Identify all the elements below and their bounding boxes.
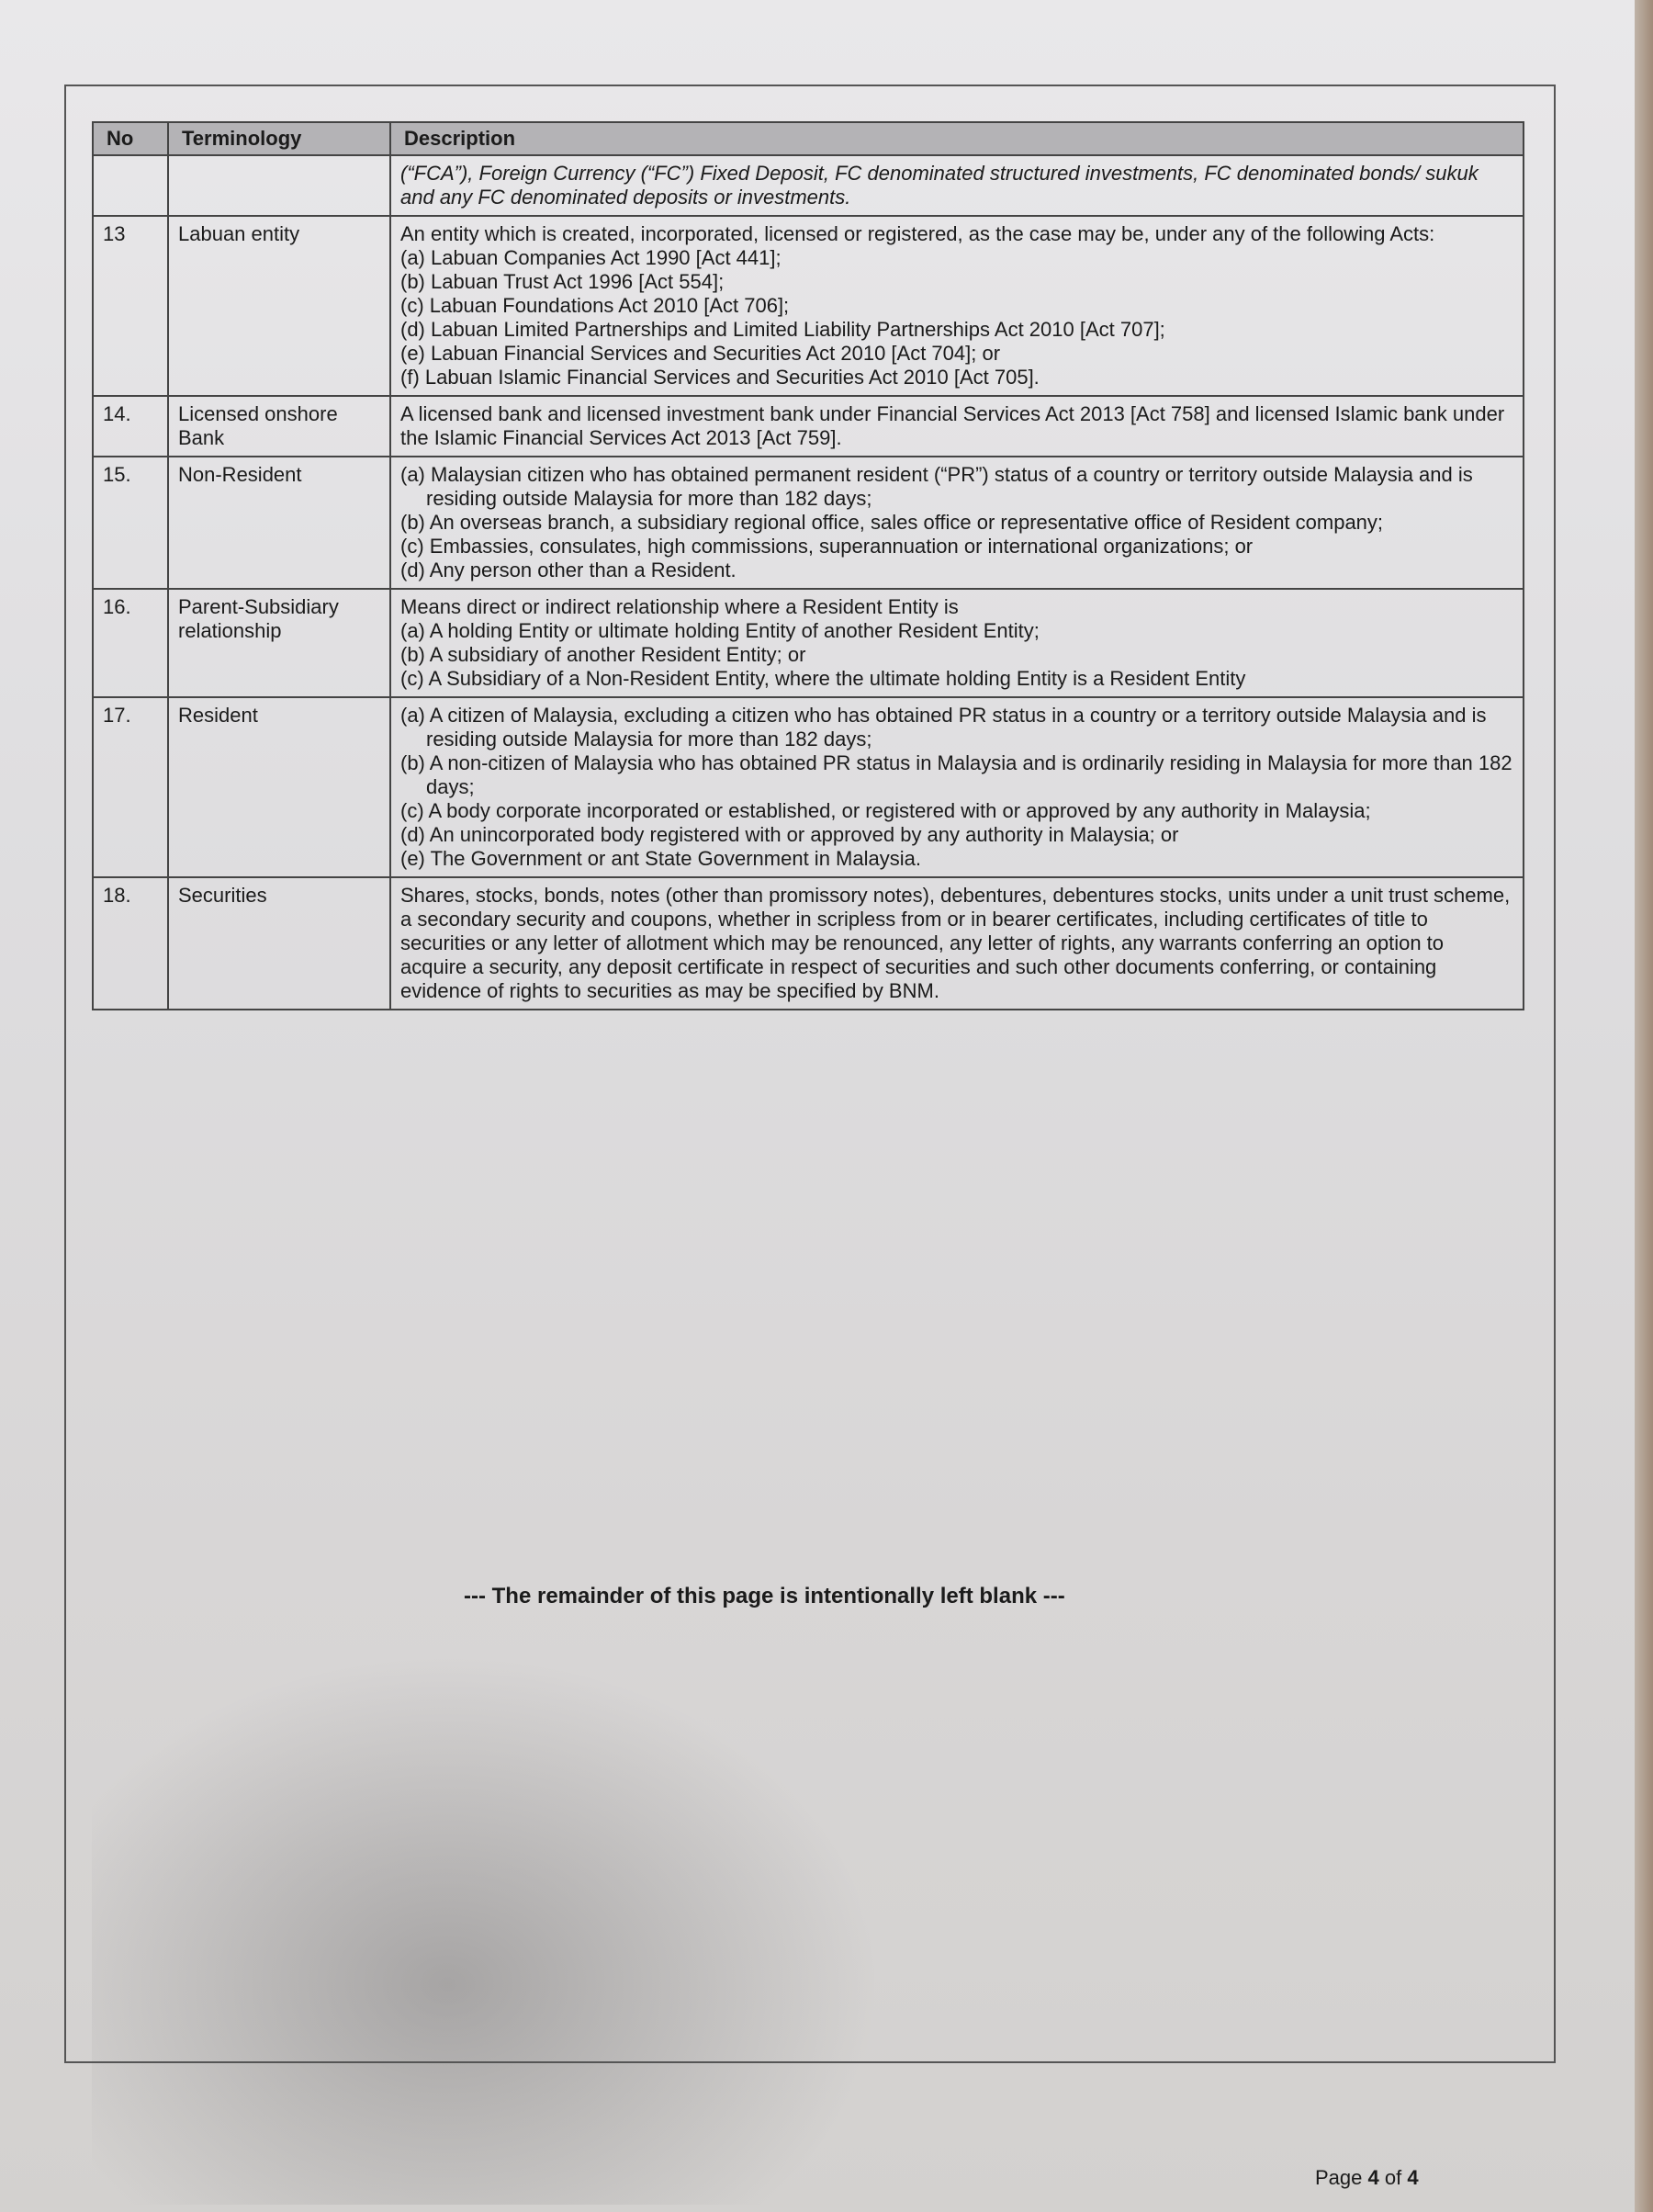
table-row: 15.Non-Resident(a) Malaysian citizen who…: [93, 457, 1524, 589]
description-item: (a) Labuan Companies Act 1990 [Act 441];: [400, 246, 1513, 270]
cell-no: 17.: [93, 697, 168, 877]
description-item: (a) A citizen of Malaysia, excluding a c…: [400, 704, 1513, 751]
description-item: (c) Labuan Foundations Act 2010 [Act 706…: [400, 294, 1513, 318]
description-item: (b) An overseas branch, a subsidiary reg…: [400, 511, 1513, 535]
table-header-row: No Terminology Description: [93, 122, 1524, 155]
cell-no: 13: [93, 216, 168, 396]
blank-page-note: --- The remainder of this page is intent…: [464, 1584, 1065, 1609]
description-item: (c) A Subsidiary of a Non-Resident Entit…: [400, 667, 1513, 691]
description-item: (d) Any person other than a Resident.: [400, 559, 1513, 582]
cell-description: (a) Malaysian citizen who has obtained p…: [390, 457, 1524, 589]
cell-term: Parent-Subsidiary relationship: [168, 589, 390, 697]
description-item: (c) Embassies, consulates, high commissi…: [400, 535, 1513, 559]
description-intro: An entity which is created, incorporated…: [400, 222, 1513, 246]
header-terminology: Terminology: [168, 122, 390, 155]
table-row: 17.Resident(a) A citizen of Malaysia, ex…: [93, 697, 1524, 877]
cell-description: An entity which is created, incorporated…: [390, 216, 1524, 396]
total-pages: 4: [1407, 2166, 1418, 2189]
description-item: (a) A holding Entity or ultimate holding…: [400, 619, 1513, 643]
background-edge: [1635, 0, 1653, 2212]
current-page: 4: [1368, 2166, 1379, 2189]
description-item: (b) A non-citizen of Malaysia who has ob…: [400, 751, 1513, 799]
cell-term: Non-Resident: [168, 457, 390, 589]
cell-term: [168, 155, 390, 216]
table-row-continuation: (“FCA”), Foreign Currency (“FC”) Fixed D…: [93, 155, 1524, 216]
cell-term: Licensed onshore Bank: [168, 396, 390, 457]
cell-no: 16.: [93, 589, 168, 697]
description-item: (d) An unincorporated body registered wi…: [400, 823, 1513, 847]
cell-no: 18.: [93, 877, 168, 1010]
description-item: (a) Malaysian citizen who has obtained p…: [400, 463, 1513, 511]
cell-term: Labuan entity: [168, 216, 390, 396]
cell-description: A licensed bank and licensed investment …: [390, 396, 1524, 457]
cell-term: Resident: [168, 697, 390, 877]
description-intro: Shares, stocks, bonds, notes (other than…: [400, 884, 1513, 1003]
description-item: (c) A body corporate incorporated or est…: [400, 799, 1513, 823]
cell-description: Shares, stocks, bonds, notes (other than…: [390, 877, 1524, 1010]
header-description: Description: [390, 122, 1524, 155]
description-intro: Means direct or indirect relationship wh…: [400, 595, 1513, 619]
description-intro: A licensed bank and licensed investment …: [400, 402, 1513, 450]
cell-no: 14.: [93, 396, 168, 457]
header-no: No: [93, 122, 168, 155]
description-item: (e) Labuan Financial Services and Securi…: [400, 342, 1513, 366]
cell-no: [93, 155, 168, 216]
cell-description: Means direct or indirect relationship wh…: [390, 589, 1524, 697]
table-row: 13Labuan entityAn entity which is create…: [93, 216, 1524, 396]
description-item: (b) Labuan Trust Act 1996 [Act 554];: [400, 270, 1513, 294]
table-row: 14.Licensed onshore BankA licensed bank …: [93, 396, 1524, 457]
cell-description: (a) A citizen of Malaysia, excluding a c…: [390, 697, 1524, 877]
cell-description: (“FCA”), Foreign Currency (“FC”) Fixed D…: [390, 155, 1524, 216]
page-number: Page 4 of 4: [1315, 2166, 1419, 2190]
description-item: (d) Labuan Limited Partnerships and Limi…: [400, 318, 1513, 342]
description-item: (b) A subsidiary of another Resident Ent…: [400, 643, 1513, 667]
cell-no: 15.: [93, 457, 168, 589]
cell-term: Securities: [168, 877, 390, 1010]
terminology-table: No Terminology Description (“FCA”), Fore…: [92, 121, 1524, 1010]
description-item: (e) The Government or ant State Governme…: [400, 847, 1513, 871]
table-row: 18.SecuritiesShares, stocks, bonds, note…: [93, 877, 1524, 1010]
description-item: (f) Labuan Islamic Financial Services an…: [400, 366, 1513, 389]
table-row: 16.Parent-Subsidiary relationshipMeans d…: [93, 589, 1524, 697]
